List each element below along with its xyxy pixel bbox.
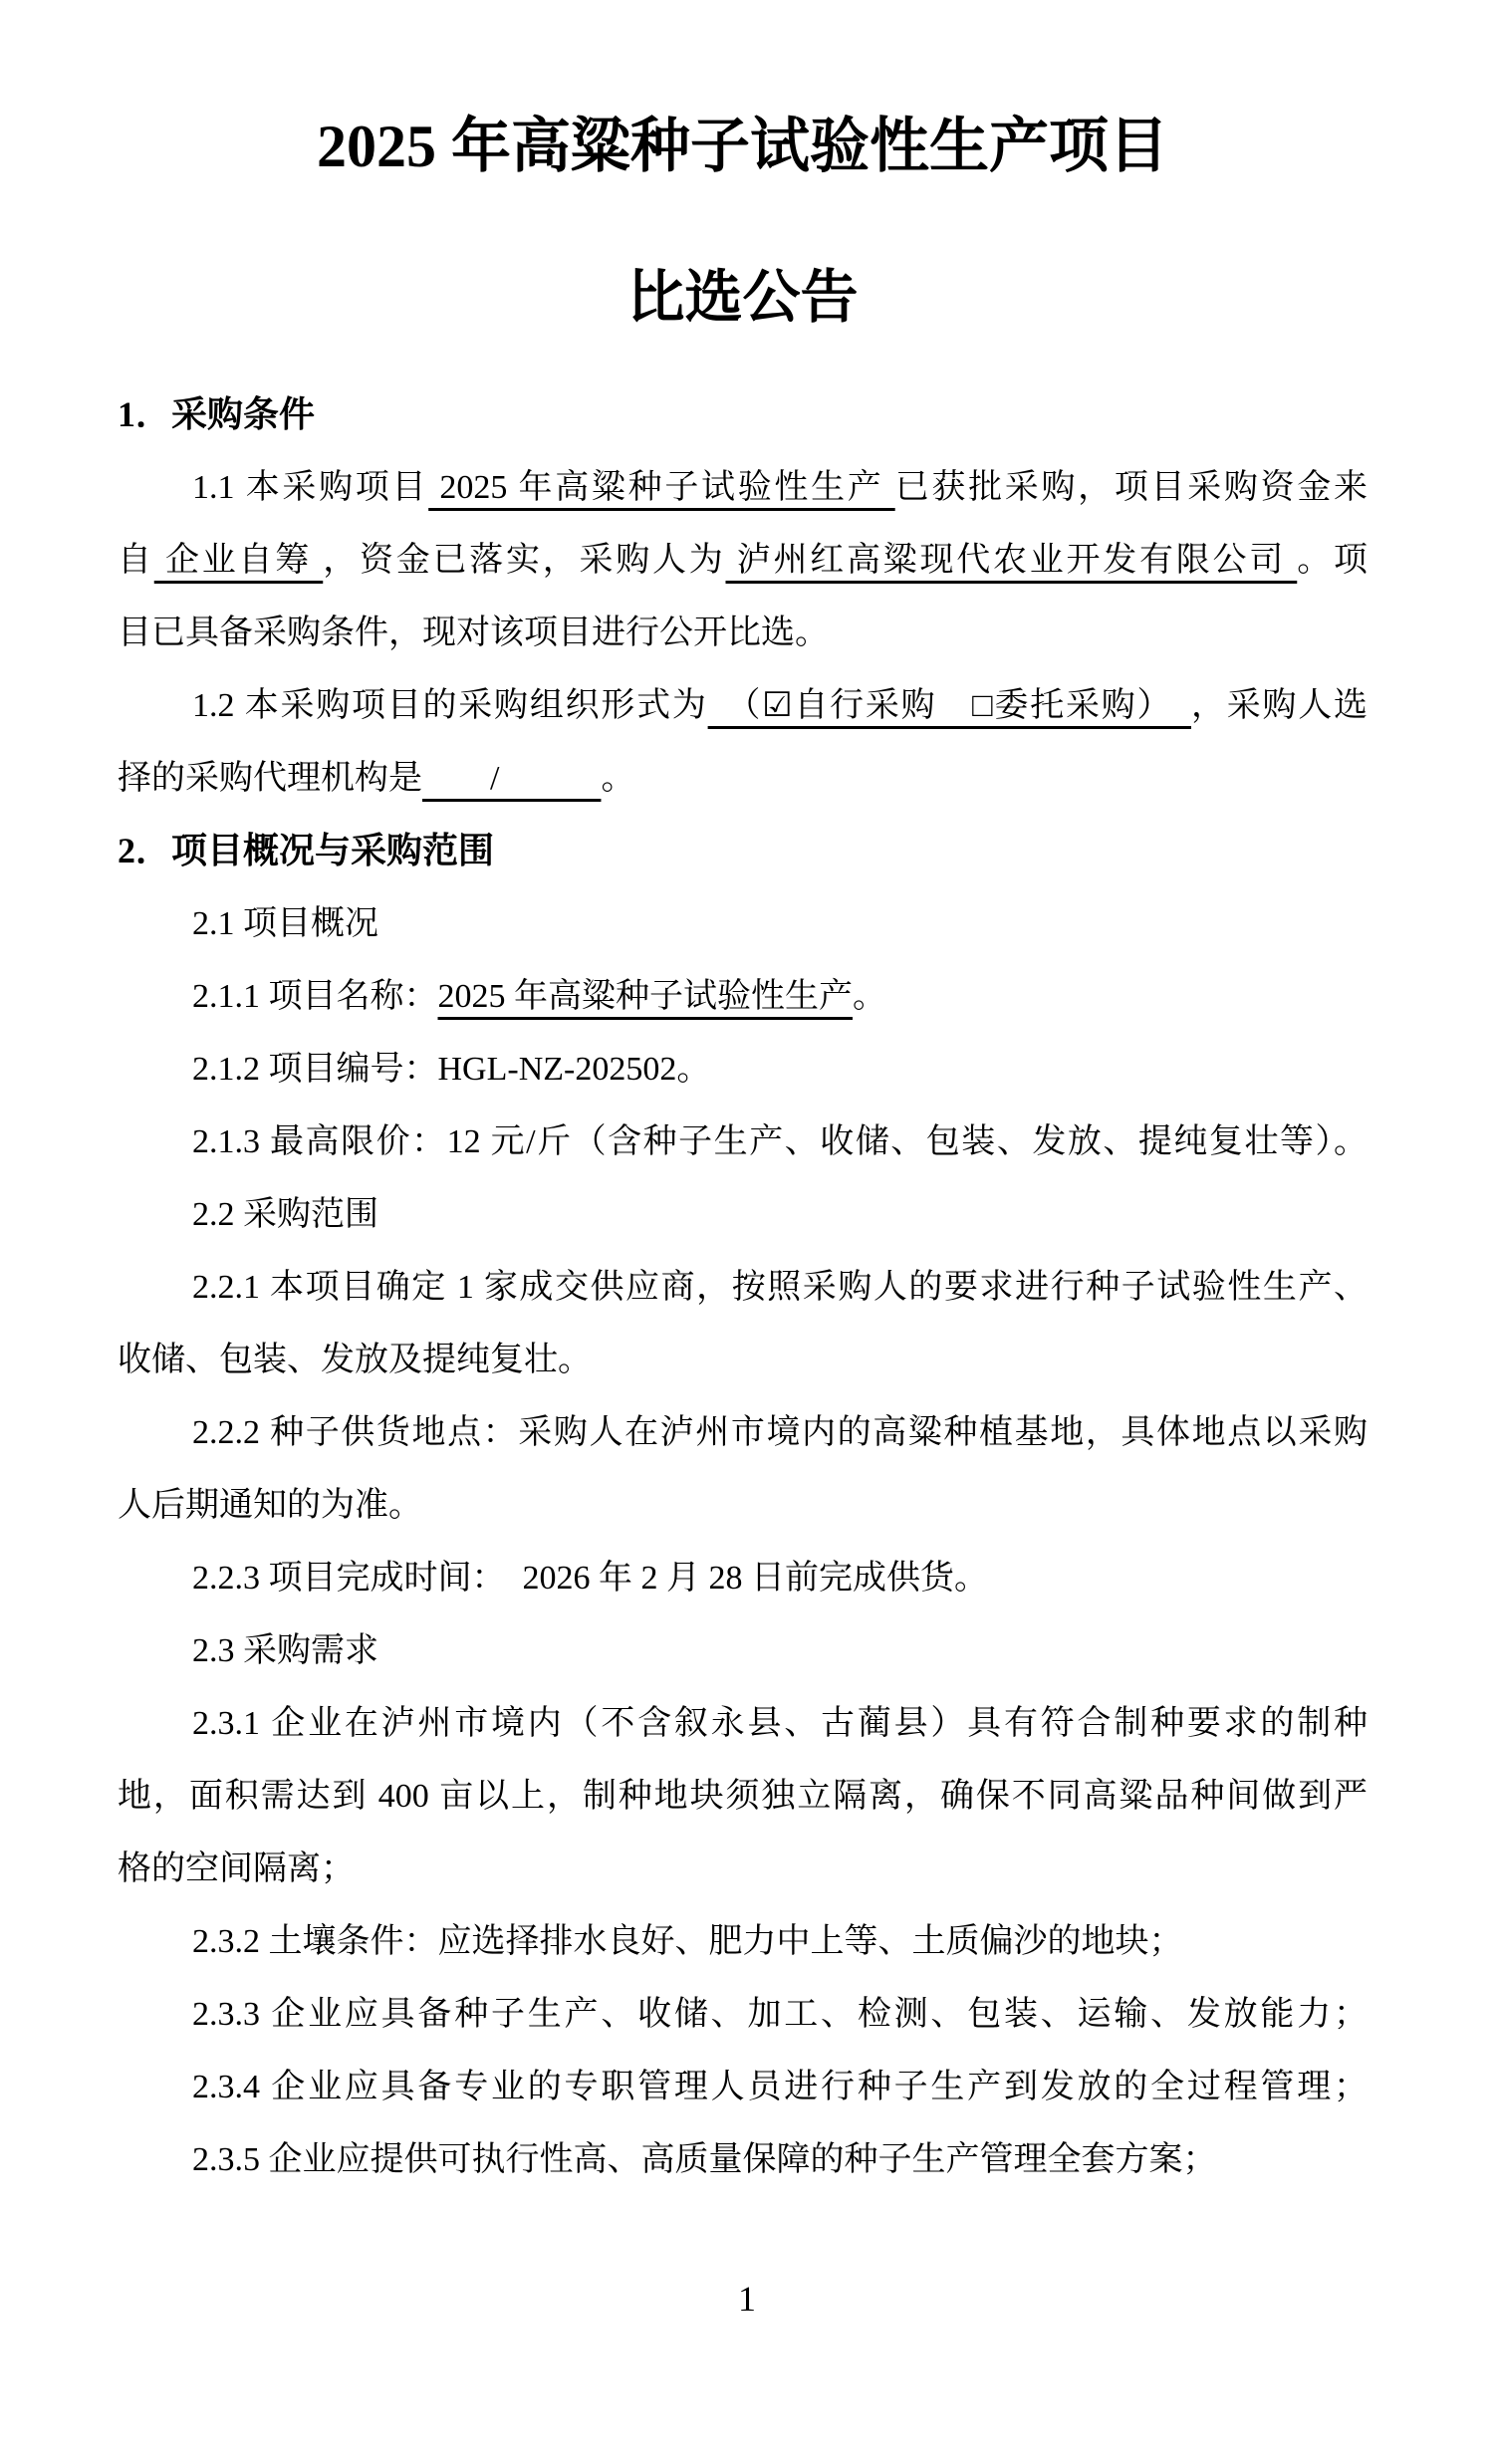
paragraph: 1.2 本采购项目的采购组织形式为 （☑自行采购 □委托采购） ，采购人选择的采… [118,669,1368,815]
text-line: 2.1 项目概况 [118,887,1368,960]
text-run: 2.3.4 企业应具备专业的专职管理人员进行种子生产到发放的全过程管理； [192,2069,1368,2105]
paragraph: 2.2.2 种子供货地点：采购人在泸州市境内的高粱种植基地，具体地点以采购人后期… [118,1396,1368,1542]
text-run: 择的采购代理机构是 [118,760,422,797]
text-run: 2.3.3 企业应具备种子生产、收储、加工、检测、包装、运输、发放能力； [192,1996,1368,2033]
text-run: 2.2.3 项目完成时间： 2026 年 2 月 28 日前完成供货。 [192,1560,988,1597]
document-subtitle: 比选公告 [118,263,1368,333]
text-run: 2.2 采购范围 [192,1196,378,1233]
text-line: 2.3.4 企业应具备专业的专职管理人员进行种子生产到发放的全过程管理； [118,2051,1368,2123]
text-run: 2.1.2 项目编号：HGL-NZ-202502。 [192,1051,710,1088]
document-page: 2025 年高粱种子试验性生产项目 比选公告 1．采购条件1.1 本采购项目 2… [0,0,1494,2464]
text-run: 。 [601,760,634,797]
text-line: 2.3.1 企业在泸州市境内（不含叙永县、古蔺县）具有符合制种要求的制种 [118,1687,1368,1760]
paragraph: 1.1 本采购项目 2025 年高粱种子试验性生产 已获批采购，项目采购资金来自… [118,451,1368,669]
text-line: 格的空间隔离； [118,1833,1368,1905]
underlined-fill-in-text: 2025 年高粱种子试验性生产 [428,469,895,506]
text-line: 2.1.3 最高限价：12 元/斤（含种子生产、收储、包装、发放、提纯复壮等）。 [118,1106,1368,1178]
text-run: 2.2.2 种子供货地点：采购人在泸州市境内的高粱种植基地，具体地点以采购 [192,1414,1368,1451]
text-run: 目已具备采购条件，现对该项目进行公开比选。 [118,615,829,651]
paragraph: 2.1.1 项目名称：2025 年高粱种子试验性生产。 [118,960,1368,1033]
text-run: 2.1 项目概况 [192,905,378,942]
text-run: 2.2.1 本项目确定 1 家成交供应商，按照采购人的要求进行种子试验性生产、 [192,1269,1368,1306]
text-line: 地，面积需达到 400 亩以上，制种地块须独立隔离，确保不同高粱品种间做到严 [118,1760,1368,1833]
paragraph: 2.3 采购需求 [118,1614,1368,1687]
paragraph: 2.3.2 土壤条件：应选择排水良好、肥力中上等、土质偏沙的地块； [118,1905,1368,1978]
text-line: 自 企业自筹 ，资金已落实，采购人为 泸州红高粱现代农业开发有限公司 。项 [118,524,1368,597]
underlined-fill-in-text: 泸州红高粱现代农业开发有限公司 [726,542,1298,579]
paragraph: 2.2 采购范围 [118,1178,1368,1251]
text-run: 2.3 采购需求 [192,1632,378,1669]
paragraph: 2.2.1 本项目确定 1 家成交供应商，按照采购人的要求进行种子试验性生产、收… [118,1251,1368,1396]
paragraph: 2.3.4 企业应具备专业的专职管理人员进行种子生产到发放的全过程管理； [118,2051,1368,2123]
text-line: 目已具备采购条件，现对该项目进行公开比选。 [118,597,1368,669]
text-line: 2.1.2 项目编号：HGL-NZ-202502。 [118,1033,1368,1106]
text-run: 2.1.3 最高限价：12 元/斤（含种子生产、收储、包装、发放、提纯复壮等）。 [192,1123,1368,1160]
underlined-fill-in-text: / [422,760,601,797]
paragraph: 2.1.3 最高限价：12 元/斤（含种子生产、收储、包装、发放、提纯复壮等）。 [118,1106,1368,1178]
text-line: 2.3.2 土壤条件：应选择排水良好、肥力中上等、土质偏沙的地块； [118,1905,1368,1978]
page-footer: 1 [0,2279,1494,2319]
text-run: 2.3.5 企业应提供可执行性高、高质量保障的种子生产管理全套方案； [192,2141,1217,2178]
section-heading: 2．项目概况与采购范围 [118,815,1368,887]
text-run: 2.3.1 企业在泸州市境内（不含叙永县、古蔺县）具有符合制种要求的制种 [192,1705,1368,1742]
paragraph: 2.1 项目概况 [118,887,1368,960]
text-run: 自 [118,542,154,579]
text-line: 2.2.2 种子供货地点：采购人在泸州市境内的高粱种植基地，具体地点以采购 [118,1396,1368,1469]
text-line: 2.2.3 项目完成时间： 2026 年 2 月 28 日前完成供货。 [118,1542,1368,1614]
text-line: 择的采购代理机构是 / 。 [118,742,1368,815]
paragraph: 2.3.3 企业应具备种子生产、收储、加工、检测、包装、运输、发放能力； [118,1978,1368,2051]
document-title: 2025 年高粱种子试验性生产项目 [118,0,1368,181]
text-run: 。项 [1297,542,1368,579]
paragraph: 2.3.5 企业应提供可执行性高、高质量保障的种子生产管理全套方案； [118,2123,1368,2196]
text-run: 。 [853,978,886,1015]
text-run: 人后期通知的为准。 [118,1487,422,1524]
text-line: 1.2 本采购项目的采购组织形式为 （☑自行采购 □委托采购） ，采购人选 [118,669,1368,742]
text-run: 格的空间隔离； [118,1850,355,1887]
text-run: ，采购人选 [1191,687,1368,724]
text-line: 2.2 采购范围 [118,1178,1368,1251]
text-line: 1.1 本采购项目 2025 年高粱种子试验性生产 已获批采购，项目采购资金来 [118,451,1368,524]
underlined-fill-in-text: （☑自行采购 □委托采购） [708,687,1191,724]
text-run: 已获批采购，项目采购资金来 [895,469,1368,506]
text-line: 2.3.5 企业应提供可执行性高、高质量保障的种子生产管理全套方案； [118,2123,1368,2196]
text-run: 1.1 本采购项目 [192,469,428,506]
text-line: 2.3.3 企业应具备种子生产、收储、加工、检测、包装、运输、发放能力； [118,1978,1368,2051]
paragraph: 2.2.3 项目完成时间： 2026 年 2 月 28 日前完成供货。 [118,1542,1368,1614]
text-run: 2.3.2 土壤条件：应选择排水良好、肥力中上等、土质偏沙的地块； [192,1923,1183,1960]
text-line: 收储、包装、发放及提纯复壮。 [118,1324,1368,1396]
text-line: 2.3 采购需求 [118,1614,1368,1687]
text-run: 1.2 本采购项目的采购组织形式为 [192,687,708,724]
page-number: 1 [738,2279,756,2319]
paragraph: 2.3.1 企业在泸州市境内（不含叙永县、古蔺县）具有符合制种要求的制种地，面积… [118,1687,1368,1905]
paragraph: 2.1.2 项目编号：HGL-NZ-202502。 [118,1033,1368,1106]
underlined-fill-in-text: 企业自筹 [154,542,324,579]
section-heading: 1．采购条件 [118,378,1368,451]
text-run: ，资金已落实，采购人为 [323,542,725,579]
text-run: 地，面积需达到 400 亩以上，制种地块须独立隔离，确保不同高粱品种间做到严 [118,1778,1368,1815]
document-body: 1．采购条件1.1 本采购项目 2025 年高粱种子试验性生产 已获批采购，项目… [118,378,1368,2196]
text-run: 收储、包装、发放及提纯复壮。 [118,1342,592,1378]
underlined-fill-in-text: 2025 年高粱种子试验性生产 [438,978,854,1015]
text-line: 2.1.1 项目名称：2025 年高粱种子试验性生产。 [118,960,1368,1033]
text-run: 2.1.1 项目名称： [192,978,438,1015]
text-line: 2.2.1 本项目确定 1 家成交供应商，按照采购人的要求进行种子试验性生产、 [118,1251,1368,1324]
text-line: 人后期通知的为准。 [118,1469,1368,1542]
